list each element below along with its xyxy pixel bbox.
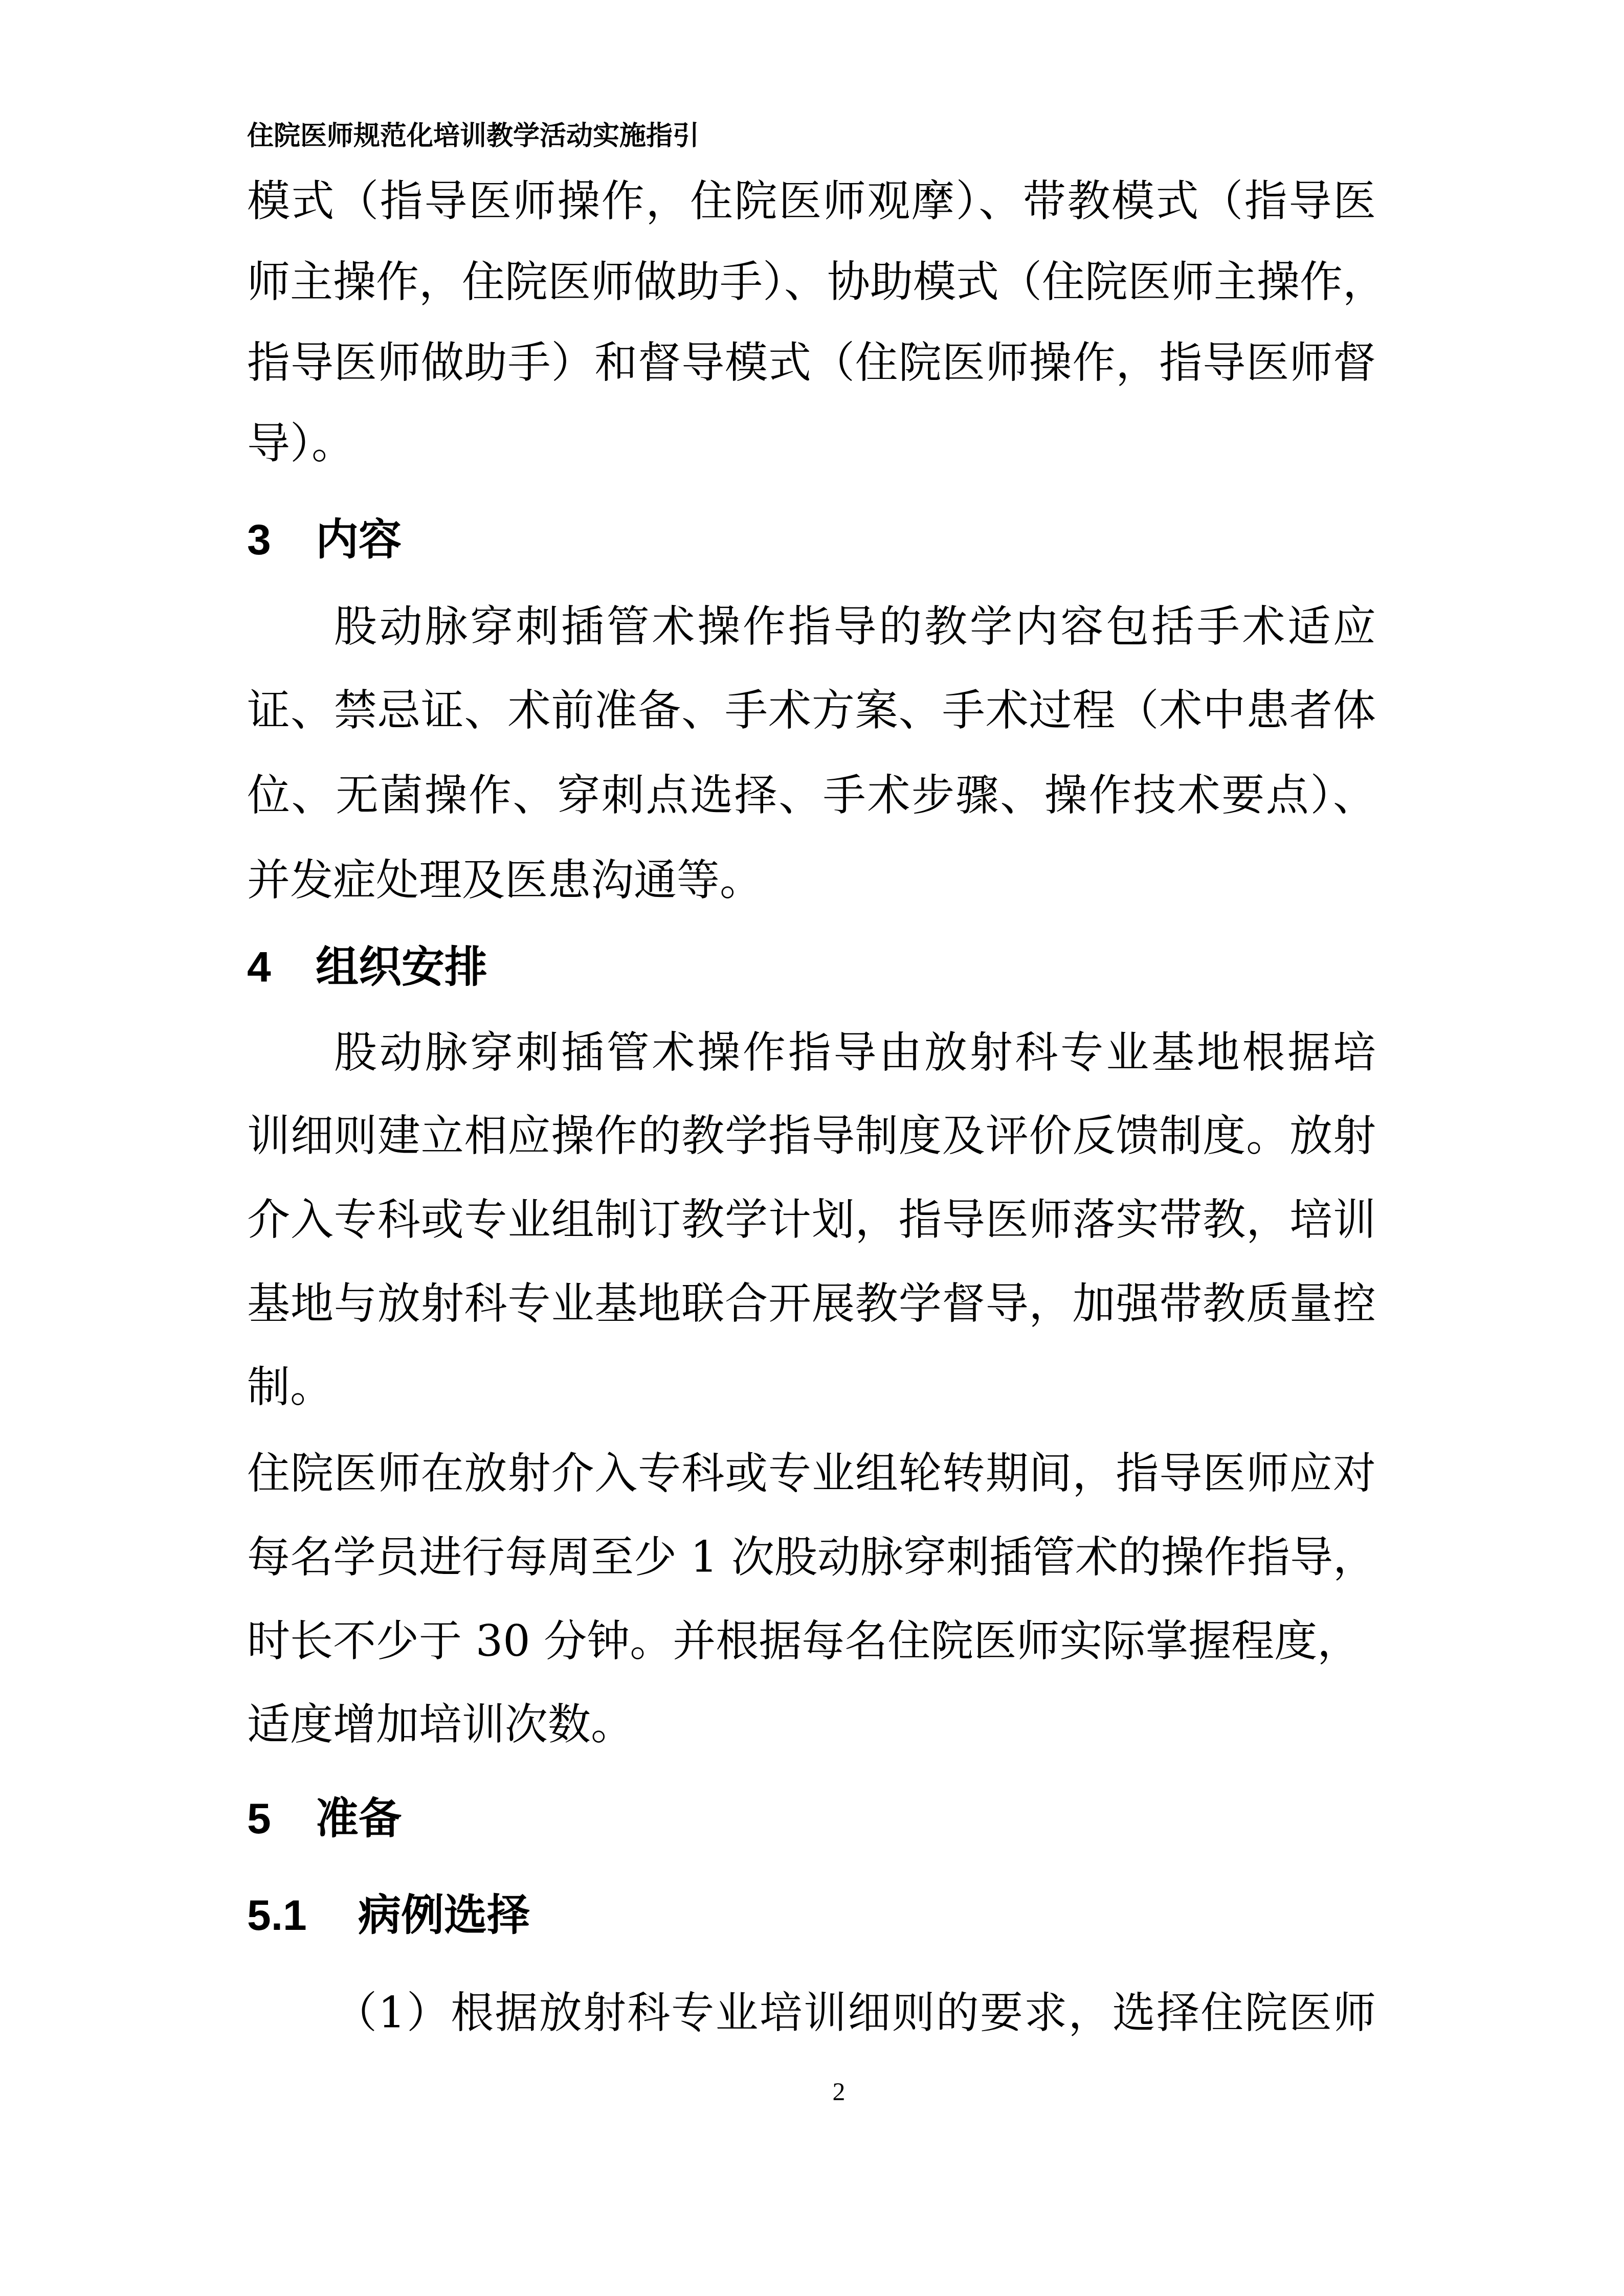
body-line: 指导医师做助手）和督导模式（住院医师操作，指导医师督 [247, 334, 1376, 391]
body-line: 股动脉穿刺插管术操作指导的教学内容包括手术适应 [334, 598, 1376, 655]
body-line: 训细则建立相应操作的教学指导制度及评价反馈制度。放射 [247, 1108, 1376, 1164]
body-line: 住院医师在放射介入专科或专业组轮转期间，指导医师应对 [247, 1445, 1376, 1501]
running-header: 住院医师规范化培训教学活动实施指引 [247, 121, 699, 151]
body-line: 制。 [247, 1359, 1376, 1415]
body-line: 每名学员进行每周至少 1 次股动脉穿刺插管术的操作指导， [247, 1529, 1376, 1585]
section-heading-3: 3内容 [247, 511, 402, 568]
body-line: 适度增加培训次数。 [247, 1696, 1376, 1752]
body-line: 股动脉穿刺插管术操作指导由放射科专业基地根据培 [334, 1024, 1376, 1081]
body-line: （1）根据放射科专业培训细则的要求，选择住院医师 [334, 1985, 1376, 2041]
body-line: 基地与放射科专业基地联合开展教学督导，加强带教质量控 [247, 1275, 1376, 1332]
section-number: 5 [247, 1790, 316, 1847]
section-number: 5.1 [247, 1887, 358, 1943]
section-heading-5-1: 5.1病例选择 [247, 1887, 530, 1943]
section-title: 内容 [316, 511, 402, 568]
body-line: 并发症处理及医患沟通等。 [247, 852, 1376, 908]
section-title: 病例选择 [358, 1887, 530, 1943]
section-number: 3 [247, 511, 316, 568]
body-line: 导）。 [247, 415, 1376, 471]
document-page: 住院医师规范化培训教学活动实施指引 模式（指导医师操作，住院医师观摩）、带教模式… [0, 0, 1624, 2296]
body-line: 师主操作，住院医师做助手）、协助模式（住院医师主操作， [247, 254, 1376, 310]
body-line: 证、禁忌证、术前准备、手术方案、手术过程（术中患者体 [247, 682, 1376, 738]
page-number: 2 [818, 2076, 859, 2107]
section-heading-5: 5准备 [247, 1790, 402, 1847]
section-title: 准备 [316, 1790, 402, 1847]
section-number: 4 [247, 939, 316, 995]
body-line: 介入专科或专业组制订教学计划，指导医师落实带教，培训 [247, 1191, 1376, 1248]
body-line: 位、无菌操作、穿刺点选择、手术步骤、操作技术要点）、 [247, 767, 1376, 823]
section-title: 组织安排 [316, 939, 487, 995]
section-heading-4: 4组织安排 [247, 939, 487, 995]
body-line: 模式（指导医师操作，住院医师观摩）、带教模式（指导医 [247, 173, 1376, 229]
body-line: 时长不少于 30 分钟。并根据每名住院医师实际掌握程度， [247, 1613, 1376, 1669]
